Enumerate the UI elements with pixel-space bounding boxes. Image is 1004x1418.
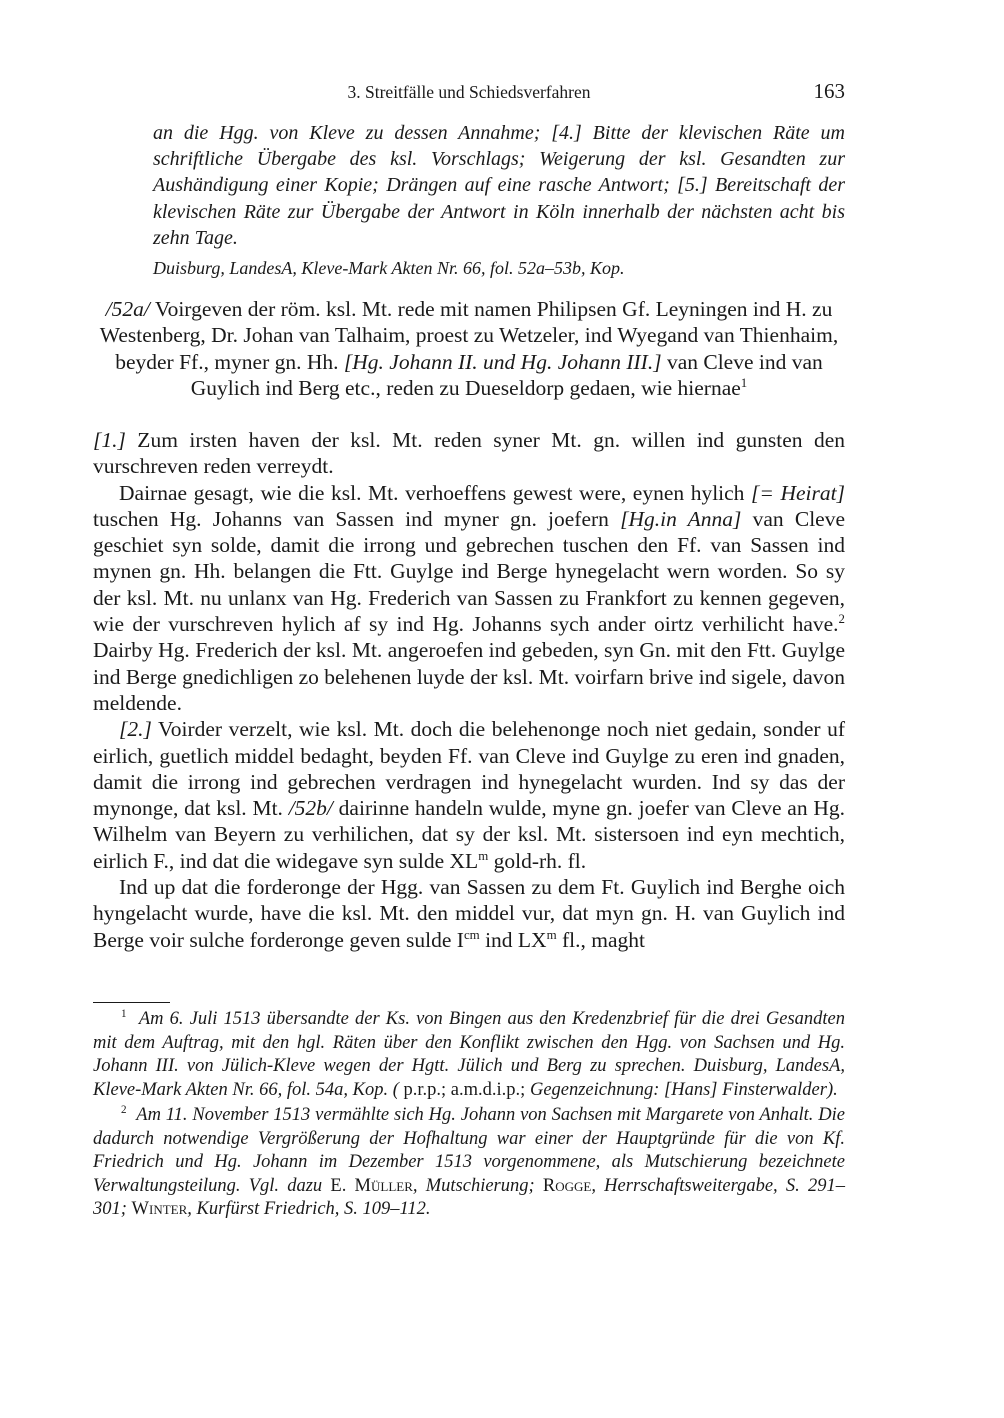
footnotes: 1 Am 6. Juli 1513 übersandte der Ks. von… (93, 1008, 845, 1224)
footnote-text: , Mutschierung; (413, 1176, 543, 1196)
running-head-title: 3. Streitfälle und Schiedsverfahren (93, 82, 845, 103)
footnote-2: 2 Am 11. November 1513 vermählte sich Hg… (93, 1104, 845, 1222)
section-marker: [1.] (93, 428, 126, 452)
author-name: E. Müller (330, 1176, 412, 1196)
superscript: m (478, 849, 488, 863)
paragraph-2: Dairnae gesagt, wie die ksl. Mt. verhoef… (93, 480, 845, 717)
author-name: Rogge (543, 1176, 591, 1196)
source-citation: Duisburg, LandesA, Kleve-Mark Akten Nr. … (153, 258, 845, 279)
paragraph-text: gold-rh. fl. (488, 849, 586, 873)
editorial-note: [= Heirat] (751, 481, 845, 505)
footnote-ref-2[interactable]: 2 (839, 612, 845, 626)
paragraph-text: Zum irsten haven der ksl. Mt. reden syne… (93, 428, 845, 478)
paragraph-text: fl., maght (557, 928, 645, 952)
author-name: Winter (132, 1199, 188, 1219)
document-body: [1.] Zum irsten haven der ksl. Mt. reden… (93, 427, 845, 953)
section-marker: [2.] (119, 717, 152, 741)
superscript: m (547, 927, 557, 941)
folio-marker: /52b/ (289, 796, 333, 820)
paragraph-text: Dairby Hg. Frederich der ksl. Mt. angero… (93, 638, 845, 715)
paragraph-text: tuschen Hg. Johanns van Sassen ind myner… (93, 507, 620, 531)
paragraph-3: [2.] Voirder verzelt, wie ksl. Mt. doch … (93, 716, 845, 874)
regest-summary: an die Hgg. von Kleve zu dessen Annahme;… (153, 120, 845, 251)
footnote-number: 2 (121, 1104, 127, 1116)
footnote-1: 1 Am 6. Juli 1513 übersandte der Ks. von… (93, 1008, 845, 1102)
paragraph-1: [1.] Zum irsten haven der ksl. Mt. reden… (93, 427, 845, 480)
editorial-note: [Hg.in Anna] (620, 507, 741, 531)
footnote-divider (93, 1002, 170, 1003)
footnote-abbrev: p.r.p.; a.m.d.i.p.; (399, 1080, 525, 1100)
running-head: 3. Streitfälle und Schiedsverfahren 163 (93, 80, 845, 106)
paragraph-text: ind LX (480, 928, 547, 952)
footnote-text: , Kurfürst Friedrich, S. 109–112. (187, 1199, 430, 1219)
footnote-ref-1[interactable]: 1 (741, 376, 747, 390)
page-number: 163 (814, 79, 846, 104)
folio-marker: /52a/ (106, 297, 150, 321)
paragraph-4: Ind up dat die forderonge der Hgg. van S… (93, 874, 845, 953)
superscript: cm (464, 927, 480, 941)
footnote-text: Gegenzeichnung: [Hans] Finsterwalder). (525, 1080, 837, 1100)
footnote-number: 1 (121, 1008, 127, 1020)
editorial-note: [Hg. Johann II. und Hg. Johann III.] (344, 350, 662, 374)
document-heading: /52a/ Voirgeven der röm. ksl. Mt. rede m… (93, 296, 845, 401)
paragraph-text: Dairnae gesagt, wie die ksl. Mt. verhoef… (119, 481, 751, 505)
